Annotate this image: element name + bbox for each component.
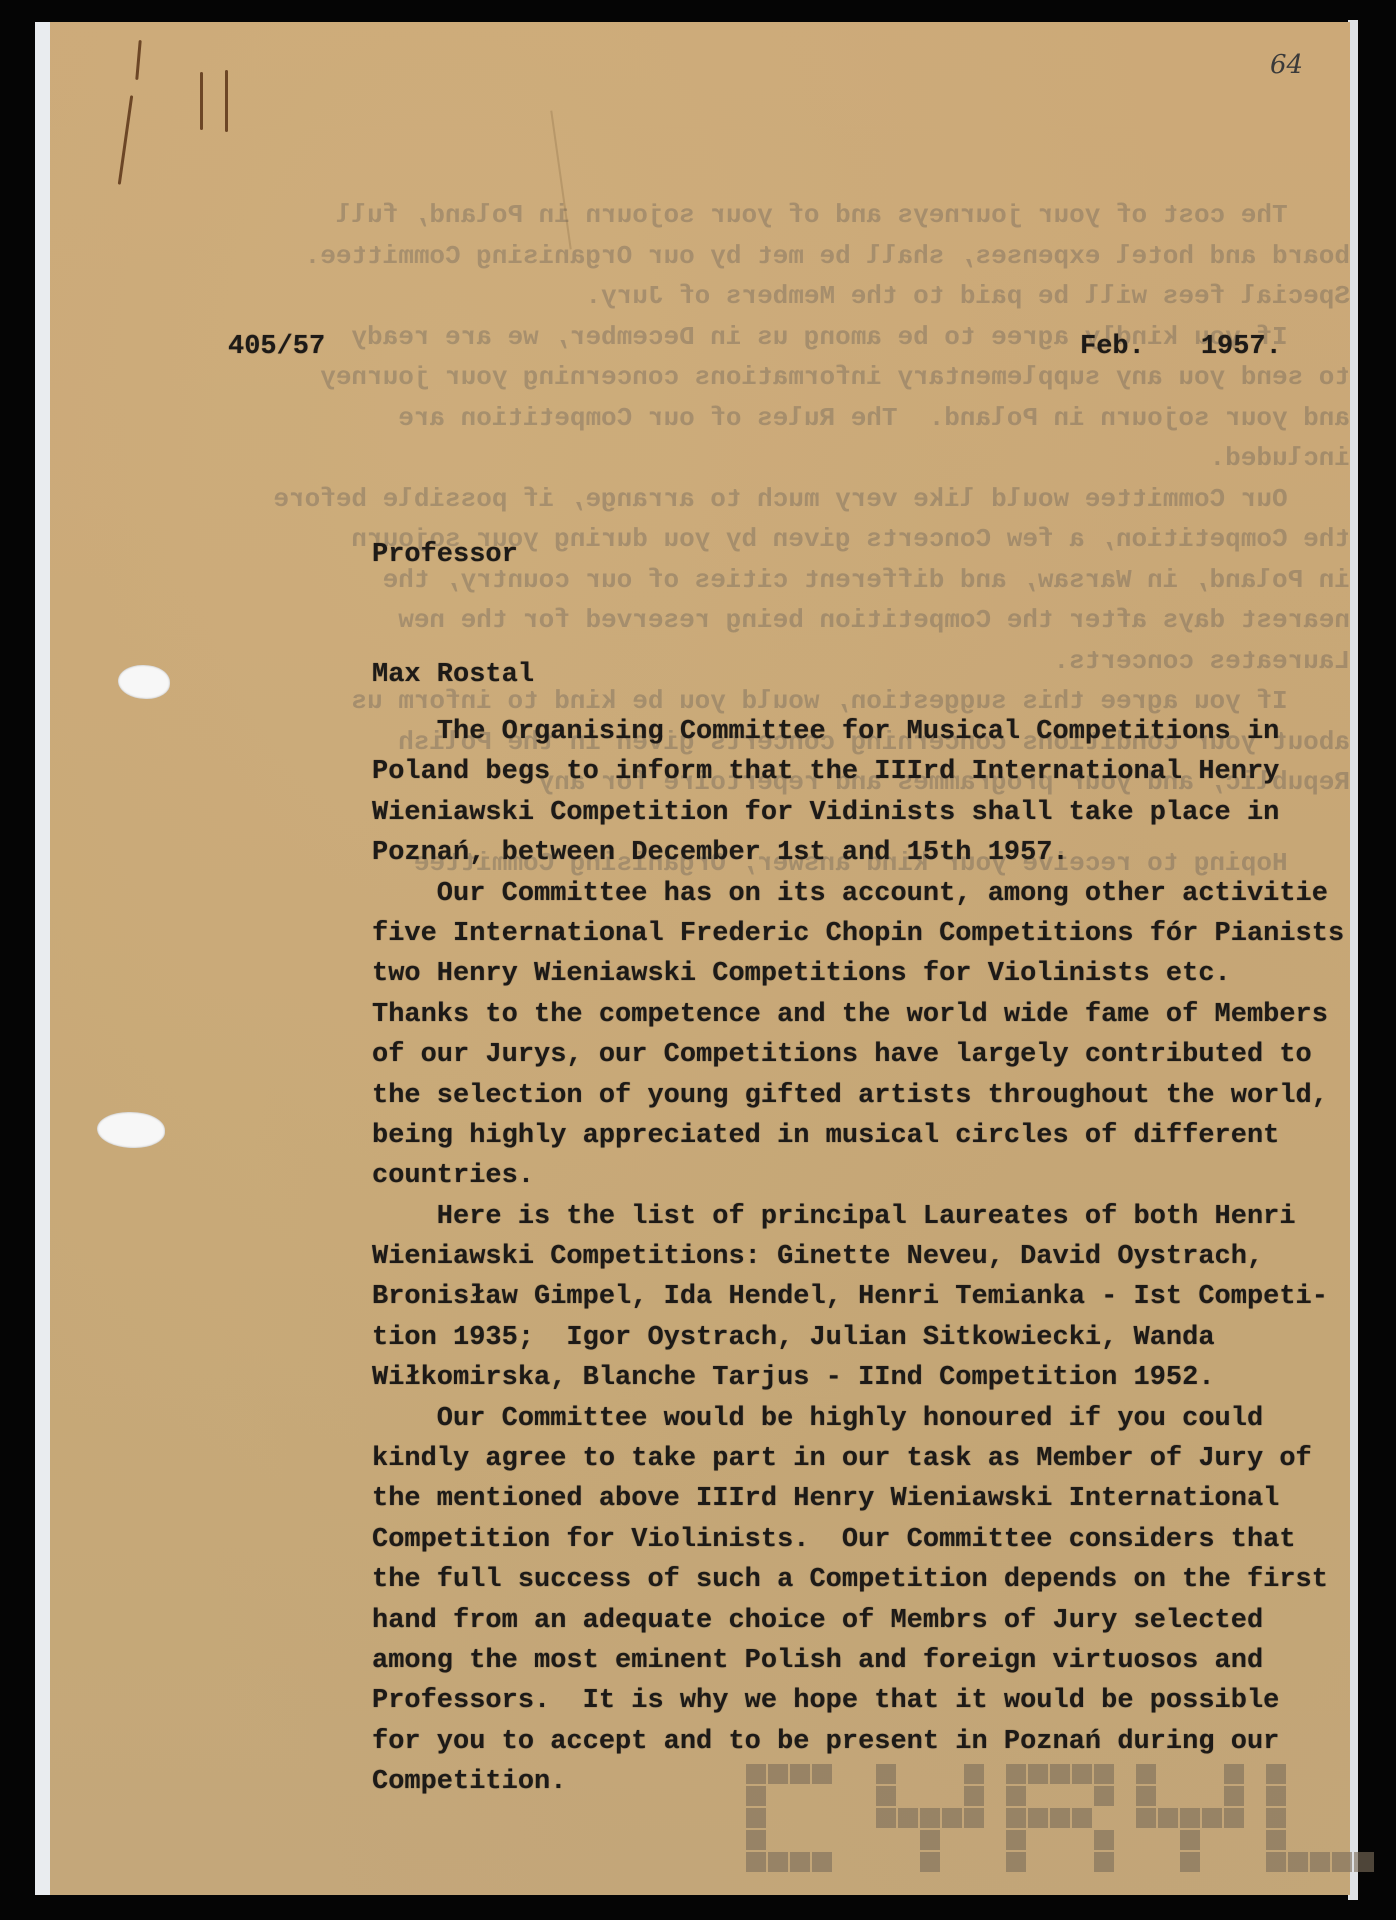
watermark-letter (1006, 1764, 1114, 1872)
body-line: The Organising Committee for Musical Com… (372, 712, 1344, 752)
recipient-name: Max Rostal (372, 655, 534, 695)
bleed-line: The cost of your journeys and of your so… (170, 195, 1350, 236)
bleed-line: to send you any supplementary informatio… (170, 357, 1350, 398)
body-line: Wieniawski Competition for Vidinists sha… (372, 793, 1344, 833)
body-line: being highly appreciated in musical circ… (372, 1116, 1344, 1156)
bleed-line: board and hotel expenses, shall be met b… (170, 236, 1350, 277)
watermark-letter (1136, 1764, 1244, 1872)
body-line: hand from an adequate choice of Membrs o… (372, 1601, 1344, 1641)
body-line: Here is the list of principal Laureates … (372, 1197, 1344, 1237)
page-number: 64 (1270, 50, 1303, 80)
handwritten-mark (200, 72, 203, 130)
body-line: Poznań, between December 1st and 15th 19… (372, 833, 1344, 873)
body-line: five International Frederic Chopin Compe… (372, 914, 1344, 954)
watermark-letter (746, 1764, 854, 1872)
recipient-block: Professor Max Rostal (372, 455, 534, 735)
date-month: Feb. (1080, 332, 1145, 362)
bleed-line: nearest days after the Competition being… (170, 600, 1350, 641)
body-line: kindly agree to take part in our task as… (372, 1439, 1344, 1479)
body-line: Wiłkomirska, Blanche Tarjus - IInd Compe… (372, 1358, 1344, 1398)
bleed-line: and your sojourn in Poland. The Rules of… (170, 398, 1350, 439)
body-line: for you to accept and to be present in P… (372, 1722, 1344, 1762)
watermark-letter (1266, 1764, 1374, 1872)
date-year: 1957. (1201, 332, 1282, 362)
body-line: Professors. It is why we hope that it wo… (372, 1681, 1344, 1721)
body-line: Competition for Violinists. Our Committe… (372, 1520, 1344, 1560)
body-line: of our Jurys, our Competitions have larg… (372, 1035, 1344, 1075)
cyryl-watermark-logo (746, 1764, 1374, 1872)
body-line: Poland begs to inform that the IIIrd Int… (372, 752, 1344, 792)
bleed-line: the Competition, a few Concerts given by… (170, 519, 1350, 560)
watermark-letter (876, 1764, 984, 1872)
body-line: two Henry Wieniawski Competitions for Vi… (372, 954, 1344, 994)
body-line: Our Committee has on its account, among … (372, 874, 1344, 914)
reference-number: 405/57 (228, 332, 325, 362)
bleed-line: Laureates concerts. (170, 641, 1350, 682)
body-line: Thanks to the competence and the world w… (372, 995, 1344, 1035)
bleed-line: in Poland, in Warsaw, and different citi… (170, 560, 1350, 601)
body-line: countries. (372, 1156, 1344, 1196)
punch-hole-bottom (97, 1112, 165, 1148)
body-line: Bronisław Gimpel, Ida Hendel, Henri Temi… (372, 1277, 1344, 1317)
bleed-line: Special fees will be paid to the Members… (170, 276, 1350, 317)
handwritten-mark (225, 70, 228, 132)
punch-hole-top (118, 665, 170, 699)
bleed-line: included. (170, 438, 1350, 479)
body-line: the full success of such a Competition d… (372, 1560, 1344, 1600)
body-line: Wieniawski Competitions: Ginette Neveu, … (372, 1237, 1344, 1277)
bleed-line: Our Committee would like very much to ar… (170, 479, 1350, 520)
body-line: among the most eminent Polish and foreig… (372, 1641, 1344, 1681)
recipient-title: Professor (372, 535, 534, 575)
body-line: the selection of young gifted artists th… (372, 1076, 1344, 1116)
body-line: the mentioned above IIIrd Henry Wieniaws… (372, 1479, 1344, 1519)
body-line: Our Committee would be highly honoured i… (372, 1399, 1344, 1439)
letter-date: Feb.1957. (1080, 332, 1282, 362)
letter-body: The Organising Committee for Musical Com… (372, 712, 1344, 1803)
body-line: tion 1935; Igor Oystrach, Julian Sitkowi… (372, 1318, 1344, 1358)
